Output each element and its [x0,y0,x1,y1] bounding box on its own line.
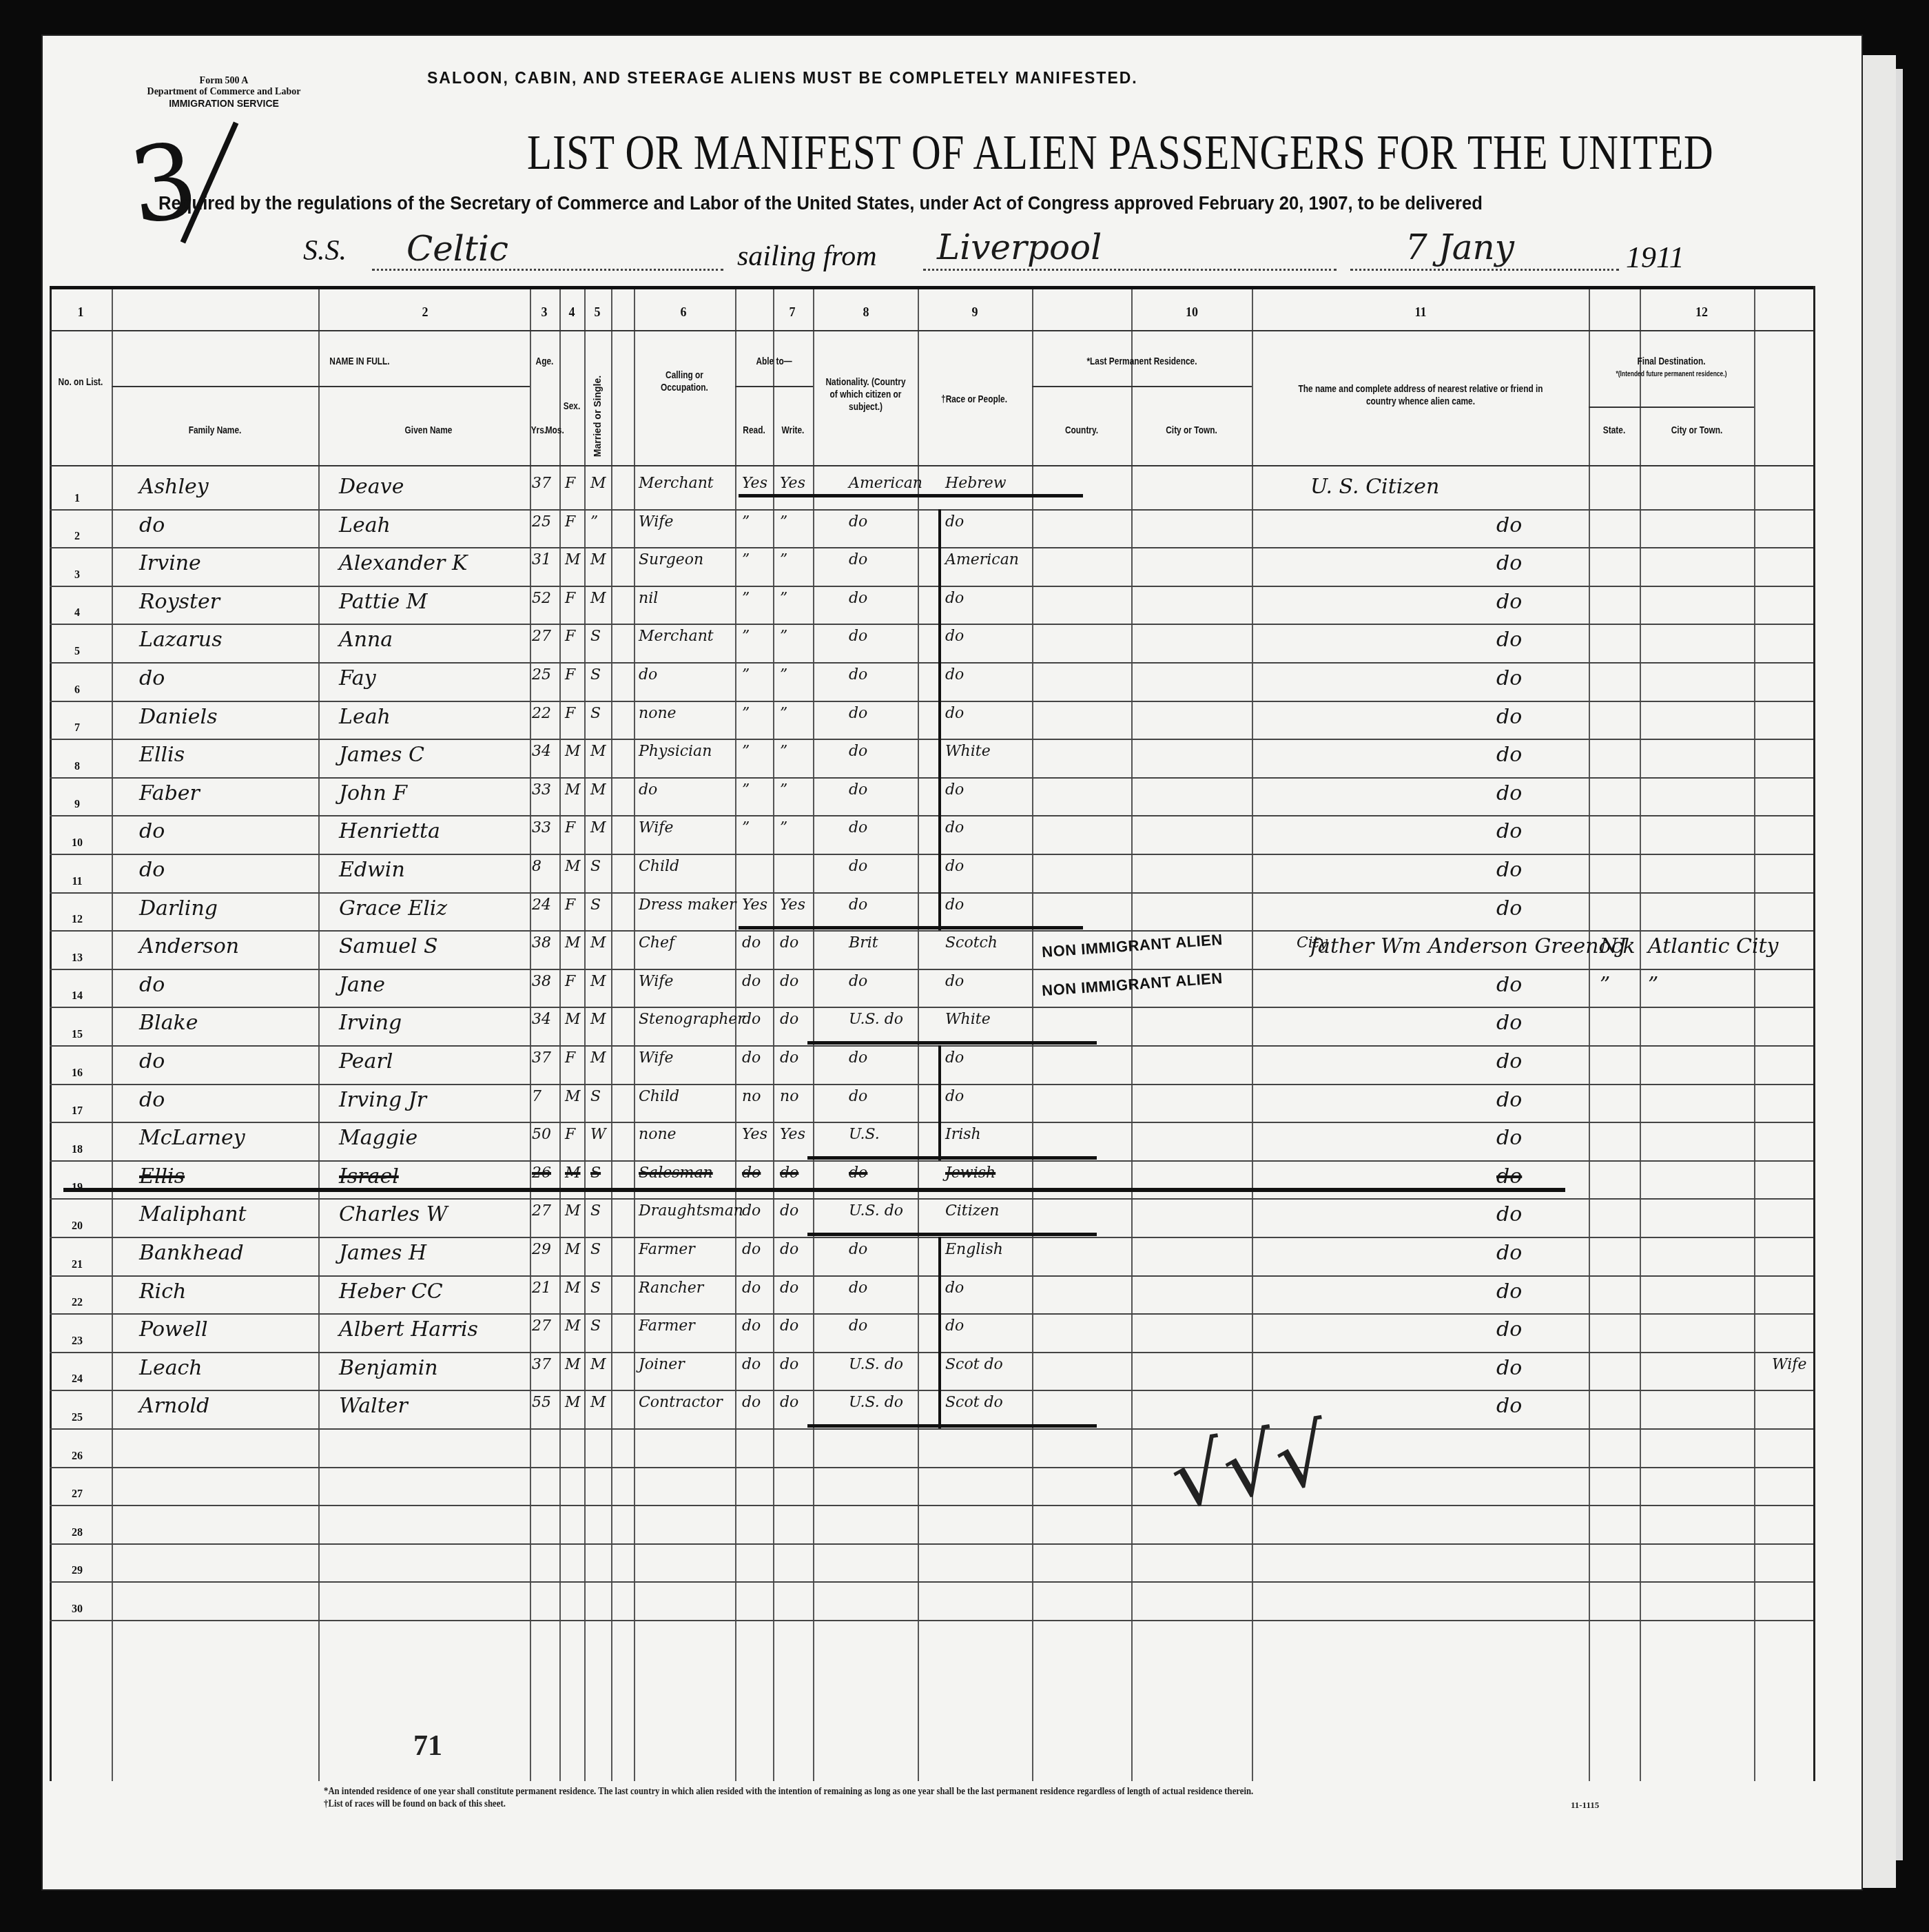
nearest-relative-cell: do [1496,858,1522,882]
occupation-cell: Farmer [639,1317,695,1335]
read-cell: Yes [742,896,767,914]
marital-status-cell: M [590,819,606,836]
marital-status-cell: S [590,1088,601,1105]
race-cell: Scot do [945,1356,1003,1373]
sailing-date: 7 Jany [1405,227,1514,267]
nearest-relative-cell: do [1496,1202,1522,1226]
nearest-relative-cell: do [1496,513,1522,537]
sex-cell: F [565,590,575,607]
age-cell: 27 [532,628,551,645]
footnote-residence: *An intended residence of one year shall… [324,1786,1253,1798]
nearest-relative-cell: do [1496,1317,1522,1342]
nationality-cell: do [849,1164,867,1182]
age-cell: 34 [532,743,551,760]
ss-label: S.S. [303,234,347,267]
given-name-cell: John F [339,781,407,805]
read-cell: ” [742,743,750,760]
write-cell: ” [780,551,787,568]
given-name-cell: Albert Harris [339,1317,478,1342]
age-cell: 52 [532,590,551,607]
table-row: 21BankheadJames H29MSFarmerdododoEnglish… [50,1237,1813,1275]
row-number: 6 [63,684,91,697]
table-row: 4RoysterPattie M52FMnil””dododo [50,586,1813,624]
nationality-cell: do [849,896,867,914]
age-cell: 29 [532,1241,551,1258]
row-number: 2 [63,531,91,543]
write-cell: ” [780,819,787,836]
header-married-or-single: Married or Single. [591,364,604,468]
table-row: 23PowellAlbert Harris27MSFarmerdodododod… [50,1313,1813,1352]
age-cell: 31 [532,551,551,568]
header-state: State. [1593,424,1636,436]
race-cell: White [945,1011,991,1028]
nearest-relative-cell: do [1496,551,1522,575]
nationality-cell: do [849,781,867,799]
race-cell: Irish [945,1126,981,1143]
header-read: Read. [738,424,770,436]
given-name-cell: Benjamin [339,1356,438,1380]
row-number: 26 [63,1450,91,1463]
marital-status-cell: S [590,896,601,914]
write-cell: do [780,934,798,952]
sailing-label: sailing from [737,240,877,273]
sex-cell: M [565,781,581,799]
row-number: 14 [63,990,91,1003]
race-cell: do [945,973,964,990]
occupation-cell: Physician [639,743,712,760]
race-cell: do [945,513,964,531]
nationality-cell: do [849,551,867,568]
nationality-cell: U.S. do [849,1202,903,1220]
marital-status-cell: S [590,1202,601,1220]
service: IMMIGRATION SERVICE [121,98,327,109]
bracket-line [938,1045,941,1160]
write-cell: do [780,1164,798,1182]
nationality-cell: American [849,475,922,492]
race-cell: Scotch [945,934,998,952]
table-row: 15BlakeIrving34MMStenographerdodoU.S. do… [50,1007,1813,1045]
marital-status-cell: S [590,1241,601,1258]
marital-status-cell: M [590,1356,606,1373]
read-cell: ” [742,705,750,722]
header-country: Country. [1040,424,1124,436]
nearest-relative-cell: do [1496,819,1522,843]
marital-status-cell: M [590,934,606,952]
age-cell: 25 [532,513,551,531]
sex-cell: F [565,475,575,492]
occupation-cell: Joiner [639,1356,685,1373]
family-name-cell: Ellis [139,1164,185,1189]
family-name-cell: do [139,513,165,537]
given-name-cell: James C [339,743,424,767]
row-number: 27 [63,1488,91,1501]
page-mark: 71 [413,1729,442,1763]
occupation-cell: Draughtsman [639,1202,743,1220]
table-row: 8EllisJames C34MMPhysician””doWhitedo [50,739,1813,777]
occupation-cell: Rancher [639,1280,703,1297]
race-cell: do [945,781,964,799]
table-row: 30 [50,1581,1813,1620]
row-number: 7 [63,722,91,734]
column-number: 10 [1182,305,1202,320]
destination-state-cell: ” [1600,973,1610,997]
write-cell: ” [780,628,787,645]
age-cell: 27 [532,1317,551,1335]
race-cell: do [945,819,964,836]
nationality-cell: U.S. do [849,1356,903,1373]
read-cell: do [742,1241,761,1258]
age-cell: 25 [532,666,551,684]
race-cell: do [945,666,964,684]
row-number: 30 [63,1603,91,1616]
nationality-cell: do [849,666,867,684]
age-cell: 26 [532,1164,551,1182]
table-row: 16doPearl37FMWifedododododo [50,1045,1813,1084]
occupation-cell: Merchant [639,475,714,492]
read-cell: do [742,1317,761,1335]
nearest-relative-cell: do [1496,590,1522,614]
given-name-cell: Grace Eliz [339,896,447,921]
subheader-rule [112,386,530,387]
sex-cell: F [565,1049,575,1067]
column-number: 7 [782,305,803,320]
read-cell: ” [742,590,750,607]
nationality-cell: U.S. do [849,1011,903,1028]
family-name-cell: Rich [139,1280,186,1304]
table-row: 9FaberJohn F33MMdo””dododo [50,777,1813,816]
row-number: 3 [63,569,91,582]
date-dotline [1350,269,1619,271]
row-number: 22 [63,1297,91,1309]
row-number: 24 [63,1373,91,1386]
occupation-cell: Chef [639,934,674,952]
nearest-relative-cell: do [1496,1049,1522,1073]
occupation-cell: none [639,1126,677,1143]
column-number: 9 [964,305,985,320]
sex-cell: M [565,1356,581,1373]
age-cell: 55 [532,1394,551,1411]
family-name-cell: do [139,973,165,997]
marital-status-cell: S [590,628,601,645]
department: Department of Commerce and Labor [121,87,327,98]
nearest-relative-cell: do [1496,1011,1522,1035]
sex-cell: F [565,896,575,914]
column-divider [1813,286,1815,1781]
write-cell: do [780,1202,798,1220]
occupation-cell: Wife [639,1049,673,1067]
sex-cell: F [565,973,575,990]
nationality-cell: U.S. do [849,1394,903,1411]
nearest-relative-cell: do [1496,1126,1522,1150]
nationality-cell: do [849,513,867,531]
row-number: 23 [63,1335,91,1348]
table-row: 25ArnoldWalter55MMContractordodoU.S. doS… [50,1390,1813,1428]
header-city-or-town: City or Town. [1140,424,1243,436]
table-row: 17doIrving Jr7MSChildnonodododo [50,1084,1813,1122]
marital-status-cell: S [590,1317,601,1335]
column-number: 11 [1410,305,1431,320]
table-row: 2doLeah25F”Wife””dododo [50,509,1813,548]
row-number: 18 [63,1144,91,1156]
table-row: 13AndersonSamuel S38MMChefdodoBritScotch… [50,930,1813,969]
occupation-cell: Dress maker [639,896,736,914]
read-cell: do [742,1011,761,1028]
nearest-relative-cell: do [1496,628,1522,652]
write-cell: do [780,1280,798,1297]
table-row: 1AshleyDeave37FMMerchantYesYesAmericanHe… [50,471,1813,509]
sex-cell: F [565,628,575,645]
table-row: 24LeachBenjamin37MMJoinerdodoU.S. doScot… [50,1352,1813,1390]
sex-cell: M [565,1088,581,1105]
row-number: 11 [63,876,91,888]
write-cell: no [780,1088,798,1105]
nearest-relative-cell: do [1496,896,1522,921]
row-number: 21 [63,1259,91,1271]
sex-cell: M [565,743,581,760]
form-number: Form 500 A [121,76,327,87]
destination-state-cell: NJ [1600,934,1626,958]
nearest-relative-cell: do [1496,1164,1522,1189]
header-last-residence: *Last Permanent Residence. [1049,355,1235,367]
occupation-cell: none [639,705,677,722]
write-cell: Yes [780,475,805,492]
write-cell: ” [780,705,787,722]
header-name-in-full: NAME IN FULL. [272,355,448,367]
write-cell: do [780,1317,798,1335]
nationality-cell: Brit [849,934,878,952]
sex-cell: M [565,934,581,952]
family-name-cell: Maliphant [139,1202,247,1226]
table-row: 14doJane38FMWifedododododo””NON IMMIGRAN… [50,969,1813,1007]
race-cell: do [945,705,964,722]
table-row: 22RichHeber CC21MSRancherdododododo [50,1275,1813,1314]
nationality-cell: do [849,1088,867,1105]
write-cell: do [780,1241,798,1258]
table-row: 20MaliphantCharles W27MSDraughtsmandodoU… [50,1198,1813,1237]
family-name-cell: Royster [139,590,220,614]
family-name-cell: Leach [139,1356,203,1380]
column-number: 2 [415,305,435,320]
marital-status-cell: M [590,1394,606,1411]
age-cell: 38 [532,973,551,990]
header-mos: Mos. [546,424,559,436]
read-cell: do [742,1164,761,1182]
occupation-cell: Contractor [639,1394,723,1411]
age-cell: 24 [532,896,551,914]
nationality-cell: do [849,1049,867,1067]
marital-status-cell: M [590,475,606,492]
bracket-line [938,509,941,931]
age-cell: 50 [532,1126,551,1143]
occupation-cell: Wife [639,513,673,531]
given-name-cell: Fay [339,666,376,690]
occupation-cell: do [639,781,657,799]
subheader-rule [735,386,813,387]
given-name-cell: Walter [339,1394,408,1418]
row-number: 16 [63,1067,91,1080]
destination-city-cell: ” [1648,973,1658,997]
given-name-cell: Israel [339,1164,399,1189]
header-rule [50,465,1813,466]
nearest-relative-cell: do [1496,666,1522,690]
footnote-races: †List of races will be found on back of … [324,1798,506,1810]
given-name-cell: Leah [339,513,391,537]
row-number: 20 [63,1220,91,1233]
read-cell: do [742,1356,761,1373]
nearest-relative-cell: do [1496,1394,1522,1418]
write-cell: Yes [780,896,805,914]
header-final-destination-note: *(Intended future permanent residence.) [1601,369,1742,381]
header-nearest-relative: The name and complete address of nearest… [1286,382,1556,407]
sex-cell: M [565,1394,581,1411]
occupation-cell: Child [639,858,679,875]
row-number: 8 [63,761,91,773]
given-name-cell: Anna [339,628,393,652]
race-cell: do [945,590,964,607]
column-number: 4 [561,305,582,320]
nearest-relative-cell: do [1496,1356,1522,1380]
table-row: 27 [50,1467,1813,1505]
marital-status-cell: W [590,1126,606,1143]
read-cell: ” [742,666,750,684]
header-able-to: Able to— [741,355,807,367]
read-cell: do [742,1280,761,1297]
race-cell: Hebrew [945,475,1007,492]
occupation-cell: Stenographer [639,1011,745,1028]
given-name-cell: Edwin [339,858,405,882]
nationality-cell: U.S. [849,1126,880,1143]
family-name-cell: McLarney [139,1126,245,1150]
page-title: LIST OR MANIFEST OF ALIEN PASSENGERS FOR… [527,124,1521,181]
header-rule [50,330,1813,331]
race-cell: do [945,896,964,914]
marital-status-cell: M [590,590,606,607]
sex-cell: F [565,819,575,836]
given-name-cell: Samuel S [339,934,438,958]
marital-status-cell: S [590,666,601,684]
given-name-cell: Heber CC [339,1280,443,1304]
race-cell: do [945,1088,964,1105]
row-rule [50,1620,1813,1621]
header-family-name: Family Name. [145,424,285,436]
family-name-cell: do [139,1049,165,1073]
marital-status-cell: S [590,705,601,722]
ship-dotline [372,269,723,271]
occupation-cell: Merchant [639,628,714,645]
family-name-cell: do [139,1088,165,1112]
nationality-cell: do [849,819,867,836]
age-cell: 33 [532,781,551,799]
read-cell: ” [742,781,750,799]
nationality-cell: do [849,973,867,990]
age-cell: 37 [532,1356,551,1373]
given-name-cell: Jane [339,973,385,997]
given-name-cell: Deave [339,475,404,499]
marital-status-cell: ” [590,513,598,531]
race-cell: do [945,628,964,645]
sex-cell: F [565,705,575,722]
family-name-cell: Powell [139,1317,208,1342]
age-cell: 33 [532,819,551,836]
family-name-cell: Darling [139,896,218,921]
marital-status-cell: M [590,551,606,568]
family-name-cell: Daniels [139,705,218,729]
read-cell: no [742,1088,761,1105]
race-cell: do [945,1317,964,1335]
family-name-cell: Bankhead [139,1241,244,1265]
sex-cell: F [565,1126,575,1143]
occupation-cell: Wife [639,819,673,836]
marital-status-cell: M [590,1011,606,1028]
write-cell: ” [780,666,787,684]
age-cell: 37 [532,1049,551,1067]
read-cell: Yes [742,475,767,492]
table-row: 19EllisIsrael26MSSalesmandododoJewishdo [50,1160,1813,1199]
nationality-cell: do [849,1280,867,1297]
column-number: 5 [587,305,608,320]
nationality-cell: do [849,1317,867,1335]
nearest-relative-cell: do [1496,705,1522,729]
row-number: 10 [63,837,91,850]
column-number: 6 [673,305,694,320]
marital-status-cell: S [590,1164,601,1182]
read-cell: ” [742,551,750,568]
marital-status-cell: M [590,743,606,760]
strike-line [739,494,1083,497]
table-row: 3IrvineAlexander K31MMSurgeon””doAmerica… [50,547,1813,586]
age-cell: 38 [532,934,551,952]
nationality-cell: do [849,705,867,722]
nearest-relative-cell: do [1496,1088,1522,1112]
read-cell: do [742,1394,761,1411]
nearest-relative-cell: do [1496,973,1522,997]
nearest-relative-cell: do [1496,781,1522,805]
column-number: 8 [856,305,876,320]
marital-status-cell: S [590,1280,601,1297]
read-cell: do [742,1049,761,1067]
marital-status-cell: S [590,858,601,875]
form-code: 11-1115 [1571,1800,1599,1811]
given-name-cell: Irving Jr [339,1088,426,1112]
family-name-cell: do [139,666,165,690]
write-cell: do [780,973,798,990]
sex-cell: M [565,1280,581,1297]
given-name-cell: Alexander K [339,551,467,575]
header-yrs: Yrs. [531,424,544,436]
nearest-relative-cell: do [1496,1241,1522,1265]
group-separator [807,1424,1097,1428]
given-name-cell: Pattie M [339,590,427,614]
non-immigrant-stamp: NON IMMIGRANT ALIEN [1041,931,1223,961]
marital-status-cell: M [590,973,606,990]
race-cell: Scot do [945,1394,1003,1411]
table-row: 28 [50,1505,1813,1543]
ship-name: Celtic [406,229,508,269]
race-cell: do [945,858,964,875]
table-row: 5LazarusAnna27FSMerchant””dododo [50,624,1813,662]
occupation-cell: Farmer [639,1241,695,1258]
header-age: Age. [532,355,557,367]
family-name-cell: do [139,858,165,882]
write-cell: do [780,1356,798,1373]
banner: SALOON, CABIN, AND STEERAGE ALIENS MUST … [427,69,1392,88]
nearest-relative-cell: do [1496,743,1522,767]
column-number: 12 [1691,305,1712,320]
sex-cell: F [565,513,575,531]
row-number: 4 [63,607,91,619]
row-number: 25 [63,1412,91,1424]
row-number: 15 [63,1029,91,1041]
